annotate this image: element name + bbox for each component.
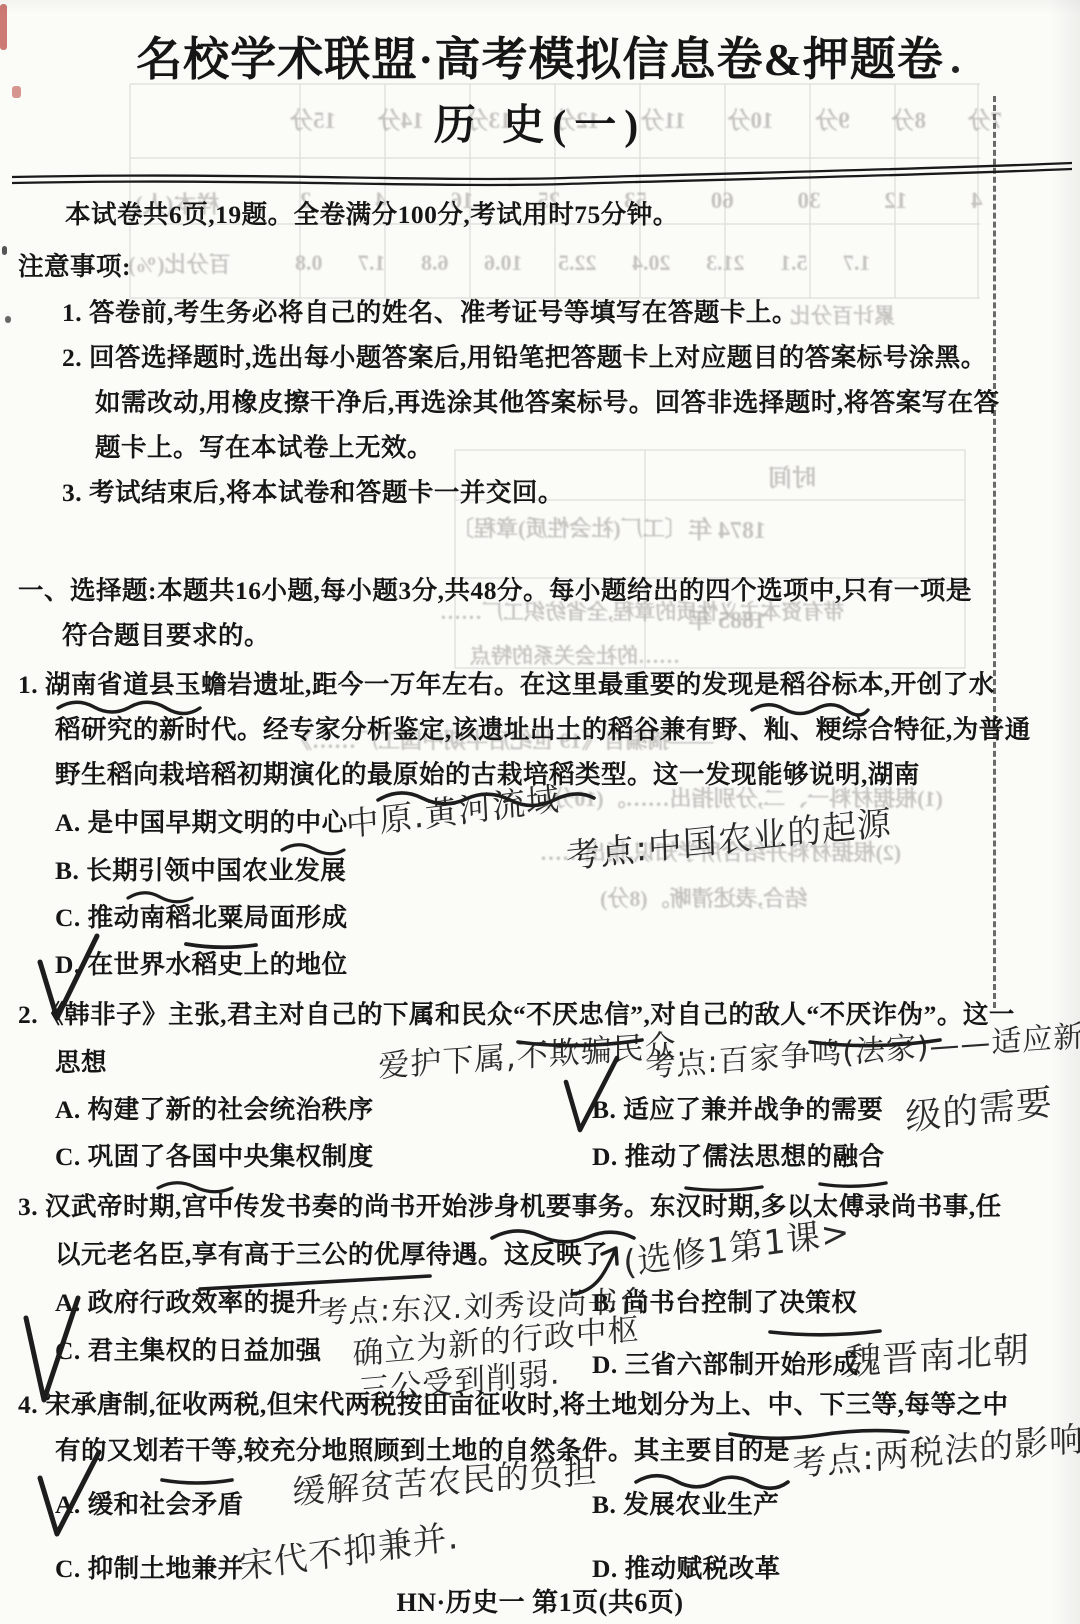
- question-2-option-c: C. 巩固了各国中央集权制度: [55, 1142, 374, 1171]
- question-4-option-b: B. 发展农业生产: [592, 1490, 779, 1519]
- handwritten-note-q3-option-d: 魏晋南北朝: [845, 1321, 1030, 1385]
- ghost-table2-header: 时间: [768, 458, 816, 493]
- question-4-option-d: D. 推动赋税改革: [592, 1554, 781, 1583]
- underline-q4-ruogan: [162, 1480, 232, 1483]
- handwritten-exam-point-q4: 考点:两税法的影响: [792, 1411, 1080, 1486]
- page-footer: HN·历史一 第1页(共6页): [0, 1588, 1080, 1618]
- section-heading-line-1: 一、选择题:本题共16小题,每小题3分,共48分。每小题给出的四个选项中,只有一…: [18, 576, 972, 605]
- ghost-row-values: 1.7 5.1 21.3 20.4 22.5 10.6 6.8 1.7 0.8: [295, 250, 871, 276]
- scanned-exam-page: 7分 8分 9分 10分 11分 12分 13分 14分 15分 样本(人) 4…: [0, 0, 1080, 1624]
- notice-line-1: 1. 答卷前,考生务必将自己的姓名、准考证号等填写在答题卡上。: [62, 298, 798, 327]
- scan-artifact: [5, 316, 11, 323]
- notice-line-4: 题卡上。写在本试卷上无效。: [95, 433, 433, 462]
- exam-info: 本试卷共6页,19题。全卷满分100分,考试用时75分钟。: [65, 200, 679, 229]
- notice-line-3: 如需改动,用橡皮擦干净后,再选涂其他答案标号。回答非选择题时,将答案写在答: [95, 388, 1000, 417]
- question-2-line-1: 2.《韩非子》主张,君主对自己的下属和民众“不厌忠信”,对自己的敌人“不厌诈伪”…: [18, 1000, 1015, 1029]
- underline-wavy-q4-zhuyao: [636, 1476, 788, 1489]
- notice-line-5: 3. 考试结束后,将本试卷和答题卡一并交回。: [62, 478, 564, 507]
- exam-title: 名校学术联盟·高考模拟信息卷&押题卷: [0, 34, 1080, 87]
- underline-wavy-q1-daogu: [752, 705, 868, 715]
- underline-q2-d2: [820, 1183, 886, 1186]
- question-4-option-c: C. 抑制土地兼并: [55, 1554, 244, 1583]
- question-1-line-1: 1. 湖南省道县玉蟾岩遗址,距今一万年左右。在这里最重要的发现是稻谷标本,开创了…: [18, 670, 995, 699]
- underline-wavy-q1-a: [282, 845, 344, 854]
- underline-wavy-q1-b: [128, 893, 192, 902]
- underline-wavy-q2-c: [158, 1183, 232, 1192]
- ghost-row-label: 累计百分比: [790, 300, 895, 330]
- question-1-option-b: B. 长期引领中国农业发展: [55, 856, 346, 885]
- notice-line-2: 2. 回答选择题时,选出每小题答案后,用铅笔把答题卡上对应题目的答案标号涂黑。: [62, 343, 987, 372]
- ghost-cell-text: ……的社会关系的特点: [470, 640, 680, 670]
- question-1-option-d: D. 在世界水稻史上的地位: [55, 950, 348, 979]
- question-4-option-a: A. 缓和社会矛盾: [55, 1490, 244, 1519]
- ghost-cell-text: 〔工厂(社会性质)章程〕: [452, 512, 687, 543]
- question-3-option-d: D. 三省六部制开始形成: [592, 1350, 859, 1379]
- question-3-line-2: 以元老名臣,享有高于三公的优厚待遇。这反映了: [55, 1240, 608, 1269]
- scan-artifact-red: [12, 86, 21, 98]
- question-3-option-c: C. 君主集权的日益加强: [55, 1336, 322, 1365]
- notice-heading: 注意事项:: [18, 252, 131, 281]
- scan-artifact: [2, 246, 7, 255]
- question-2-option-d: D. 推动了儒法思想的融合: [592, 1142, 885, 1171]
- ghost-row-label: 百分比(%): [128, 248, 231, 279]
- underline-q1-c: [186, 944, 256, 947]
- question-2-line-2: 思想: [55, 1048, 107, 1077]
- ghost-subquestion: 结合,表述清晰。(8分): [600, 882, 807, 913]
- underline-q2-d1: [686, 1187, 762, 1190]
- handwritten-exam-point-q2-cont: 级的需要: [905, 1074, 1054, 1141]
- section-heading-line-2: 符合题目要求的。: [62, 621, 270, 650]
- question-3-option-a: A. 政府行政效率的提升: [55, 1288, 322, 1317]
- question-3-line-1: 3. 汉武帝时期,宫中传发书奏的尚书开始涉身机要事务。东汉时期,多以太傅录尚书事…: [18, 1192, 1002, 1221]
- underline-wavy-q1-hunan: [58, 702, 200, 713]
- ghost-year: 1874 年: [688, 510, 766, 545]
- question-2-option-b: B. 适应了兼并战争的需要: [592, 1095, 883, 1124]
- exam-subtitle: 历 史(一): [0, 102, 1080, 150]
- question-2-option-a: A. 构建了新的社会统治秩序: [55, 1095, 374, 1124]
- fold-dashed-line: [993, 96, 996, 1008]
- handwritten-note-q4-option-c: 宋代不抑兼并.: [237, 1509, 460, 1589]
- question-1-line-2: 稻研究的新时代。经专家分析鉴定,该遗址出土的稻谷兼有野、籼、粳综合特征,为普通: [55, 715, 1031, 744]
- question-1-option-c: C. 推动南稻北粟局面形成: [55, 903, 348, 932]
- question-1-option-a: A. 是中国早期文明的中心: [55, 808, 348, 837]
